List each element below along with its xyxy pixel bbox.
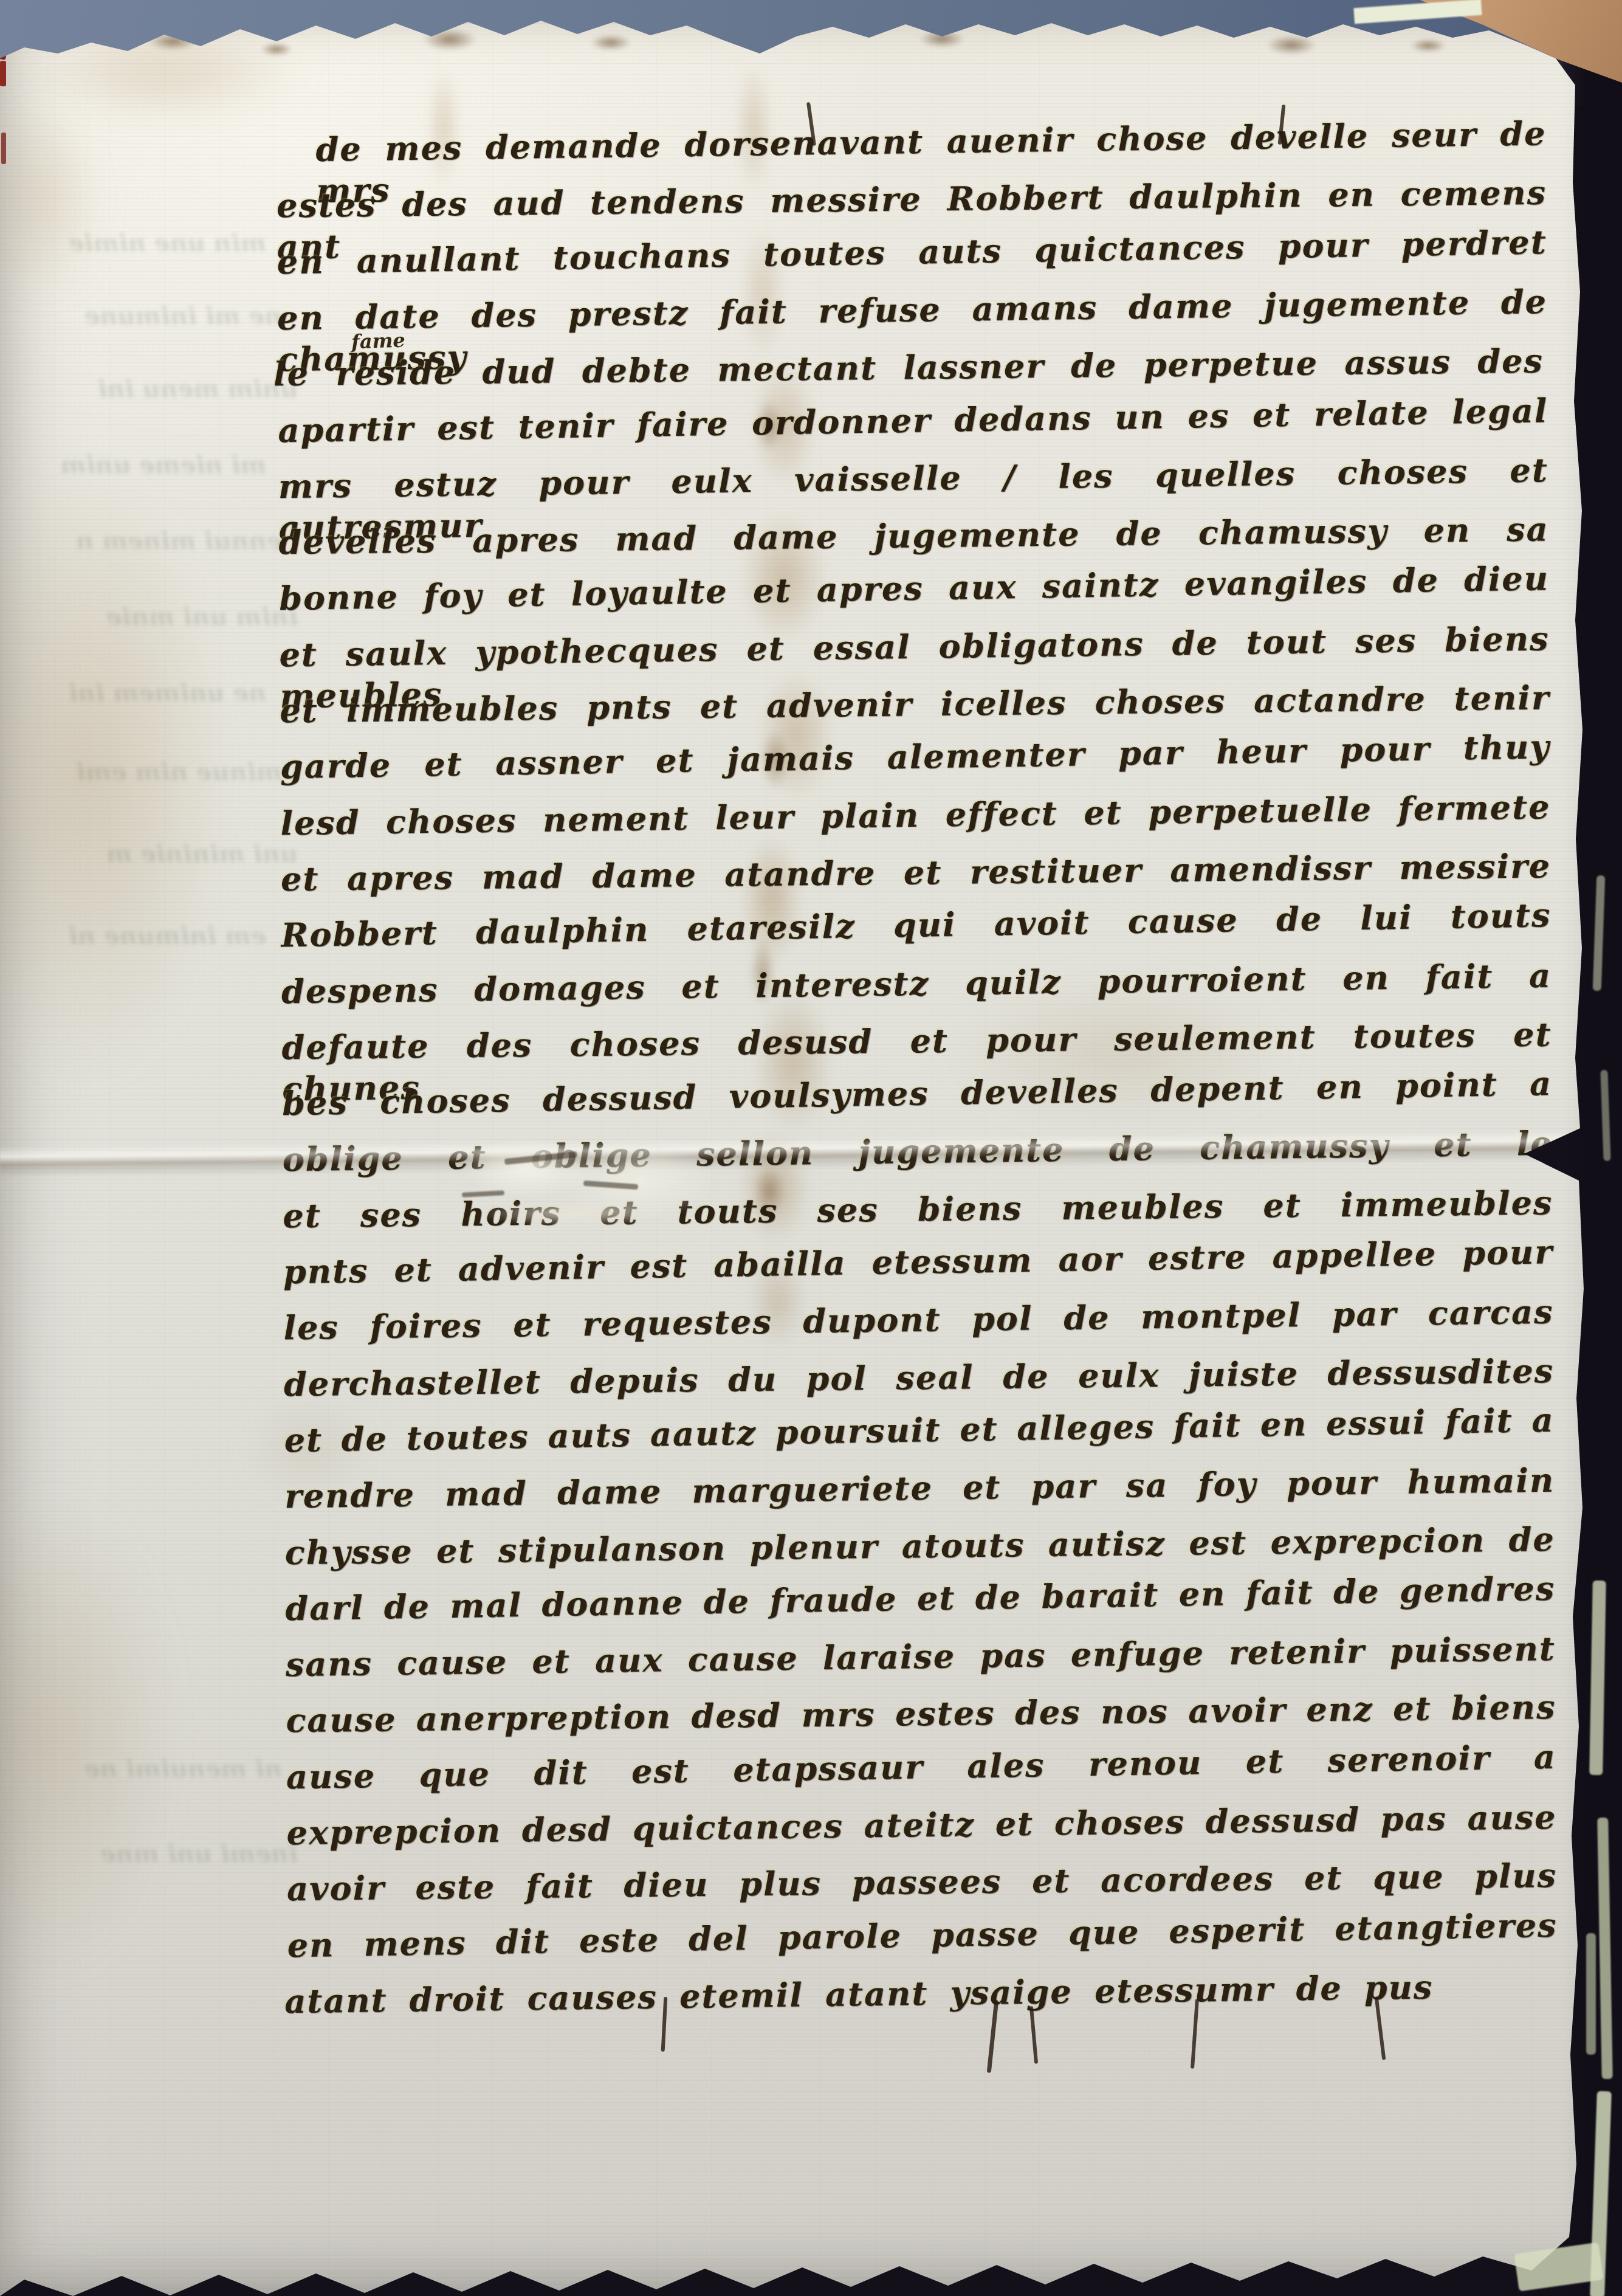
stain [583, 32, 638, 53]
stain [723, 486, 845, 669]
manuscript-line: et apres mad dame atandre et restituer a… [281, 846, 1552, 900]
manuscript-line: bonne foy et loyaulte et apres aux saint… [279, 558, 1550, 619]
manuscript-line: atant droit causes etemil atant ysaige e… [284, 1967, 1434, 2022]
stain [893, 954, 1343, 1149]
page-edge-sliver [1586, 1933, 1596, 2055]
stain [422, 43, 465, 213]
manuscript-line: sans cause et aux cause laraise pas enfu… [285, 1629, 1556, 1686]
manuscript-line: cause anerpreption desd mrs estes des no… [286, 1687, 1556, 1742]
manuscript-line: en mens dit este del parole passe que es… [287, 1905, 1558, 1967]
manuscript-line: exprepcion desd quictances ateitz et cho… [286, 1797, 1557, 1854]
manuscript-line: rendre mad dame margueriete et par sa fo… [284, 1460, 1555, 1517]
paper-damage [435, 1126, 744, 1232]
stain [1404, 36, 1452, 55]
manuscript-line: despens domages et interestz quilz pourr… [281, 956, 1552, 1013]
stain [751, 389, 787, 462]
manuscript-line: apartir est tenir faire ordonner dedans … [278, 390, 1548, 452]
manuscript-line: lesd choses nement leur plain effect et … [280, 787, 1551, 844]
manuscript-line: derchastellet depuis du pol seal de eulx… [284, 1351, 1555, 1405]
stain [744, 924, 781, 1021]
manuscript-line: pnts et advenir est abailla etessum aor … [283, 1232, 1553, 1293]
stain [738, 1234, 817, 1368]
manuscript-line: garde et assner et jamais alementer par … [280, 726, 1550, 788]
manuscript-line: et de toutes auts aautz poursuit et alle… [284, 1400, 1555, 1461]
stain [1258, 32, 1325, 58]
manuscript-line: darl de mal doanne de fraude et de barai… [285, 1568, 1556, 1630]
stain [231, 1386, 389, 1508]
manuscript-photograph: min une nimiene mi inimuneunim menu inim… [0, 0, 1622, 2296]
stain [729, 36, 778, 219]
stain [255, 40, 298, 58]
manuscript-line: chysse et stipulanson plenur atouts auti… [284, 1519, 1555, 1574]
stain [754, 717, 796, 802]
manuscript-line: Robbert daulphin etaresilz qui avoit cau… [281, 895, 1552, 956]
manuscript-line: les foires et requestes dupont pol de mo… [283, 1292, 1554, 1349]
manuscript-page: min une nimiene mi inimuneunim menu inim… [0, 0, 1622, 2296]
manuscript-line: ause que dit est etapssaur ales renou et… [286, 1737, 1556, 1798]
manuscript-line: avoir este fait dieu plus passees et aco… [287, 1855, 1558, 1910]
